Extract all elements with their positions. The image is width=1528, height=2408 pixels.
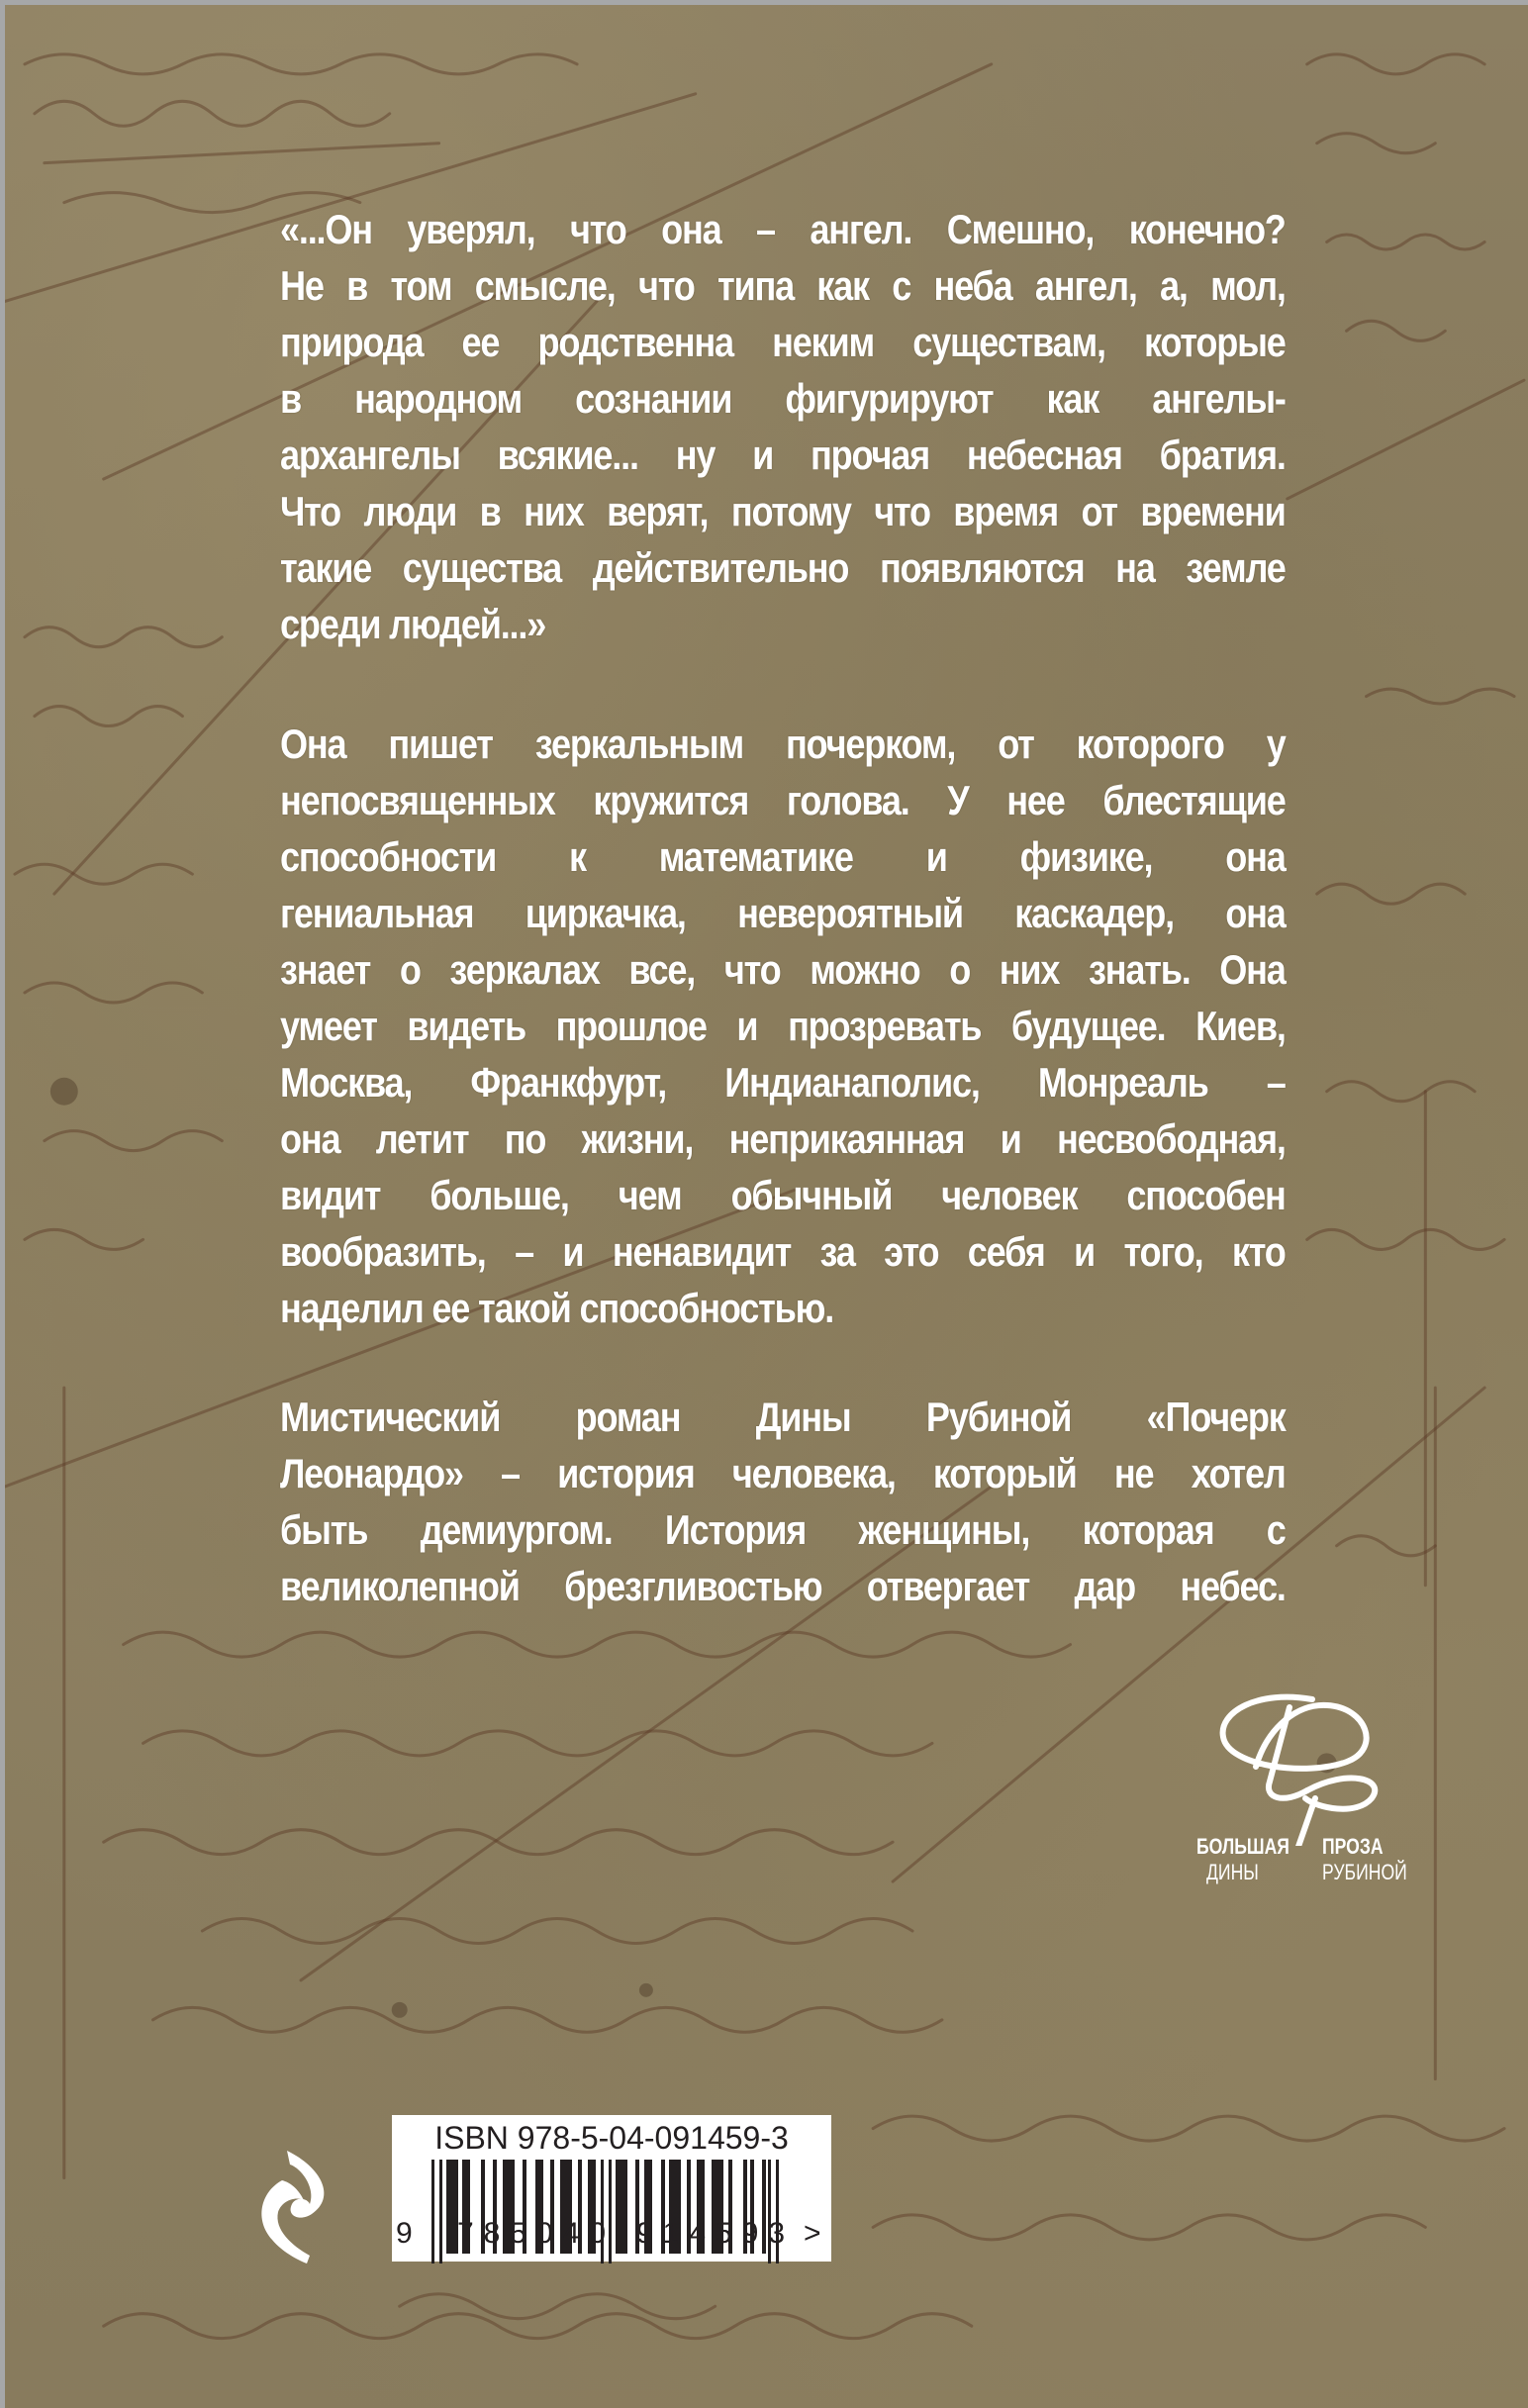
- paragraph-line: Она пишет зеркальным почерком, от которо…: [280, 716, 1286, 772]
- paragraph-line: Москва, Франкфурт, Индианаполис, Монреал…: [280, 1054, 1286, 1110]
- paragraph-line: быть демиургом. История женщины, которая…: [280, 1501, 1286, 1558]
- series-name-line1-left: БОЛЬШАЯ: [1196, 1834, 1289, 1860]
- book-back-cover: «...Он уверял, что она – ангел. Смешно, …: [0, 0, 1528, 2408]
- paragraph-line: Мистический роман Дины Рубиной «Почерк: [280, 1389, 1286, 1445]
- barcode-marker: >: [804, 2217, 821, 2251]
- paragraph-line: непосвященных кружится голова. У нее бле…: [280, 772, 1286, 828]
- paragraph-line: она летит по жизни, неприкаянная и несво…: [280, 1110, 1286, 1167]
- description-paragraph: Она пишет зеркальным почерком, от которо…: [280, 716, 1145, 1336]
- quote-line: Не в том смысле, что типа как с неба анг…: [280, 257, 1286, 314]
- barcode-first-digit: 9: [396, 2217, 413, 2251]
- barcode-left-digits: 785040: [457, 2217, 616, 2251]
- series-logo: БОЛЬШАЯ ПРОЗА ДИНЫ РУБИНОЙ: [1189, 1687, 1406, 1885]
- eksmo-swirl-icon: [252, 2143, 341, 2271]
- quote-line: архангелы всякие... ну и прочая небесная…: [280, 427, 1286, 483]
- paragraph-line: вообразить, – и ненавидит за это себя и …: [280, 1223, 1286, 1280]
- series-name-line1-right: ПРОЗА: [1322, 1834, 1384, 1860]
- summary-paragraph: Мистический роман Дины Рубиной «Почерк Л…: [280, 1389, 1145, 1614]
- quote-line: среди людей...»: [280, 596, 1286, 652]
- quote-line: такие существа действительно появляются …: [280, 539, 1286, 596]
- paragraph-line: великолепной брезгливостью отвергает дар…: [280, 1558, 1286, 1614]
- paragraph-line: знает о зеркалах все, что можно о них зн…: [280, 941, 1286, 998]
- quote-line: «...Он уверял, что она – ангел. Смешно, …: [280, 201, 1286, 257]
- paragraph-line: видит больше, чем обычный человек способ…: [280, 1167, 1286, 1223]
- paragraph-line: гениальная циркачка, невероятный каскаде…: [280, 885, 1286, 941]
- publisher-logo: [252, 2143, 341, 2271]
- quote-line: Что люди в них верят, потому что время о…: [280, 483, 1286, 539]
- series-name-line2-left: ДИНЫ: [1206, 1860, 1259, 1885]
- quote-line: в народном сознании фигурируют как ангел…: [280, 370, 1286, 427]
- dr-monogram-icon: [1198, 1687, 1396, 1846]
- quote-excerpt: «...Он уверял, что она – ангел. Смешно, …: [280, 201, 1145, 652]
- paragraph-line: способности к математике и физике, она: [280, 828, 1286, 885]
- paragraph-line: умеет видеть прошлое и прозревать будуще…: [280, 998, 1286, 1054]
- barcode-digits: 9 785040 914593 >: [396, 2217, 831, 2257]
- paragraph-line: наделил ее такой способностью.: [280, 1280, 1286, 1336]
- isbn-barcode: ISBN 978-5-04-091459-3 9: [392, 2115, 831, 2262]
- series-name-line2-right: РУБИНОЙ: [1322, 1860, 1407, 1885]
- paragraph-line: Леонардо» – история человека, который не…: [280, 1445, 1286, 1501]
- quote-line: природа ее родственна неким существам, к…: [280, 314, 1286, 370]
- isbn-label: ISBN 978-5-04-091459-3: [392, 2120, 831, 2157]
- barcode-right-digits: 914593: [636, 2217, 795, 2251]
